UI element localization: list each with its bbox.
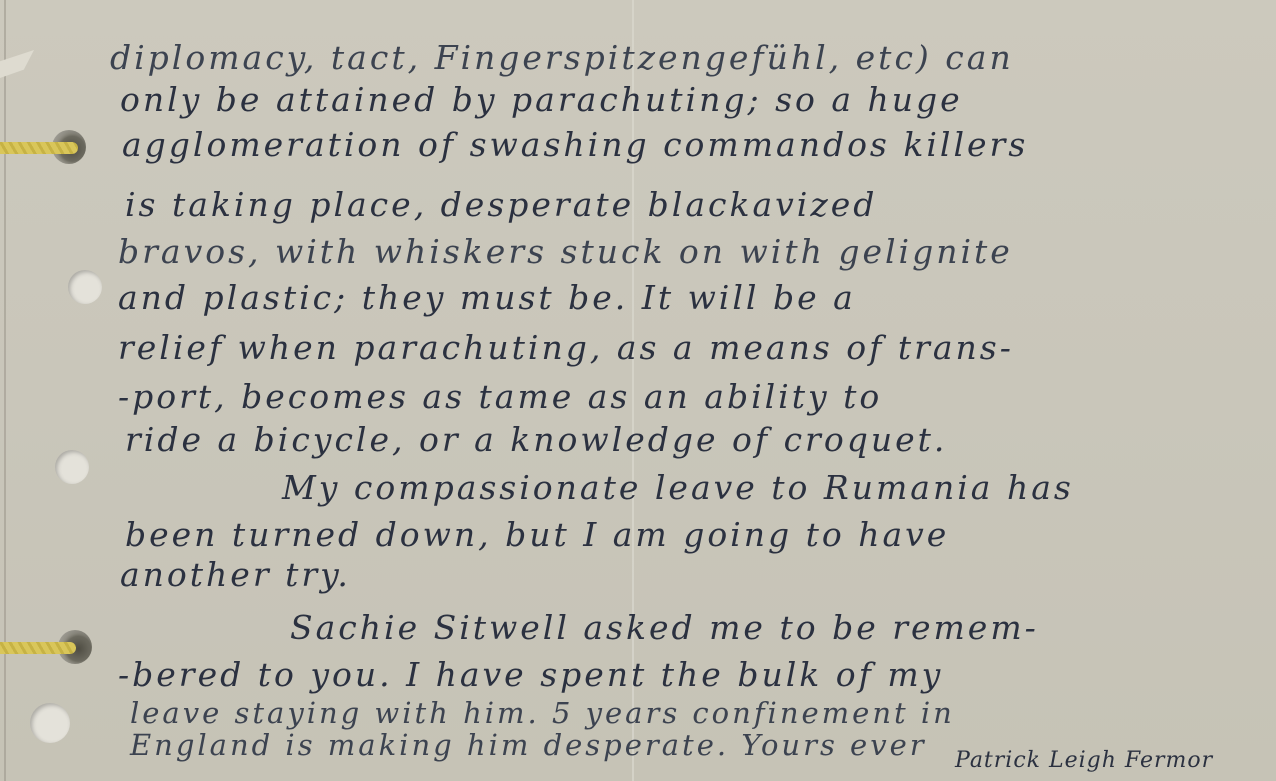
letter-line: Sachie Sitwell asked me to be remem- <box>290 608 1039 647</box>
letter-page: diplomacy, tact, Fingerspitzengefühl, et… <box>0 0 1276 781</box>
letter-line: agglomeration of swashing commandos kill… <box>122 125 1028 164</box>
letter-line: only be attained by parachuting; so a hu… <box>120 80 963 119</box>
letter-line: been turned down, but I am going to have <box>125 515 949 554</box>
page-edge <box>4 0 6 781</box>
binding-string <box>0 642 76 654</box>
letter-line: diplomacy, tact, Fingerspitzengefühl, et… <box>110 38 1014 77</box>
letter-line: My compassionate leave to Rumania has <box>282 468 1074 507</box>
letter-line: ride a bicycle, or a knowledge of croque… <box>125 420 947 459</box>
letter-line: leave staying with him. 5 years confinem… <box>130 696 955 730</box>
letter-line: relief when parachuting, as a means of t… <box>118 328 1014 367</box>
letter-line: -port, becomes as tame as an ability to <box>118 377 882 416</box>
punched-hole <box>30 703 70 743</box>
letter-line: England is making him desperate. Yours e… <box>130 728 927 762</box>
punched-hole <box>68 270 102 304</box>
letter-line: bravos, with whiskers stuck on with geli… <box>118 232 1013 271</box>
letter-line: and plastic; they must be. It will be a <box>118 278 856 317</box>
letter-line: -bered to you. I have spent the bulk of … <box>118 655 943 694</box>
letter-line: is taking place, desperate blackavized <box>125 185 877 224</box>
signature: Patrick Leigh Fermor <box>955 748 1213 773</box>
binding-string <box>0 142 78 154</box>
punched-hole <box>55 450 89 484</box>
letter-line: another try. <box>120 555 351 594</box>
